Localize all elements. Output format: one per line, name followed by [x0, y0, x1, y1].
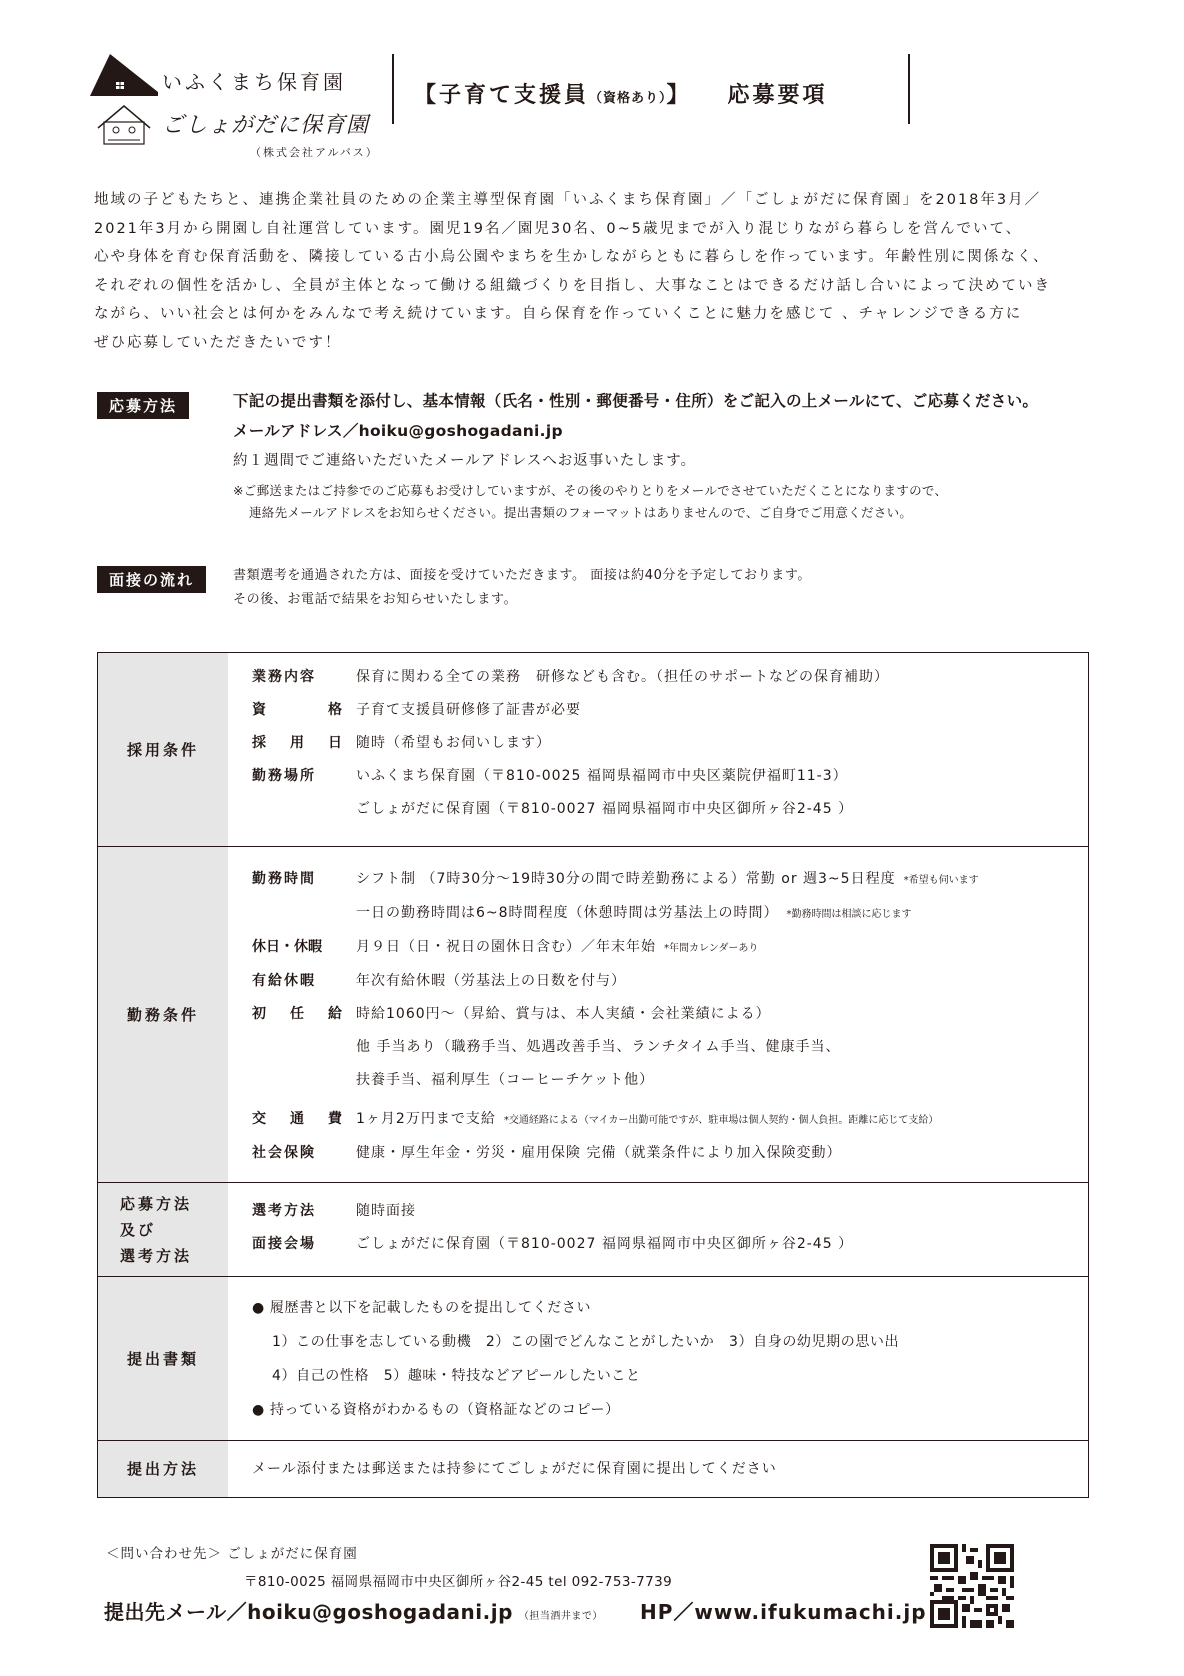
row-header: 勤務条件	[98, 847, 228, 1182]
row-header: 提出方法	[98, 1441, 228, 1497]
house-roof-icon	[88, 52, 160, 98]
reply-note: 約１週間でご連絡いただいたメールアドレスへお返事いたします。	[233, 446, 1113, 476]
submission-email: 提出先メール／hoiku@goshogadani.jp（担当酒井まで）	[104, 1596, 603, 1625]
logo-name-goshogadani: ごしょがだに保育園	[162, 108, 369, 139]
contact-footer: ＜問い合わせ先＞ ごしょがだに保育園 〒810-0025 福岡県福岡市中央区御所…	[100, 1536, 1040, 1646]
table-row-selection: 応募方法 及び 選考方法 選考方法随時面接 面接会場ごしょがだに保育園（〒810…	[98, 1183, 1088, 1277]
table-row-submission: 提出方法 メール添付または郵送または持参にてごしょがだに保育園に提出してください	[98, 1441, 1088, 1497]
row-header: 提出書類	[98, 1277, 228, 1440]
row-header: 採用条件	[98, 653, 228, 846]
homepage-link[interactable]: HP／www.ifukumachi.jp	[640, 1596, 927, 1625]
postal-note: ※ご郵送またはご持参でのご応募もお受けしていますが、その後のやりとりをメールでさ…	[233, 480, 1113, 524]
section-tag-application: 応募方法	[97, 392, 189, 419]
conditions-table: 採用条件 業務内容保育に関わる全ての業務 研修なども含む。（担任のサポートなどの…	[97, 652, 1089, 1498]
contact-address: 〒810-0025 福岡県福岡市中央区御所ヶ谷2-45 tel 092-753-…	[244, 1570, 672, 1590]
contact-label: ＜問い合わせ先＞ ごしょがだに保育園	[106, 1542, 358, 1562]
divider	[392, 54, 394, 124]
application-instruction: 下記の提出書類を添付し、基本情報（氏名・性別・郵便番号・住所）をご記入の上メール…	[233, 386, 1113, 416]
table-row-documents: 提出書類 ● 履歴書と以下を記載したものを提出してください 1）この仕事を志して…	[98, 1277, 1088, 1441]
table-row-hiring: 採用条件 業務内容保育に関わる全ての業務 研修なども含む。（担任のサポートなどの…	[98, 653, 1088, 847]
company-name: （株式会社アルバス）	[250, 144, 378, 160]
document-header: いふくまち保育園 ごしょがだに保育園 （株式会社アルバス） 【子育て支援員（資格…	[88, 48, 1088, 168]
logo: いふくまち保育園 ごしょがだに保育園 （株式会社アルバス）	[88, 48, 378, 160]
logo-name-ifukumachi: いふくまち保育園	[162, 66, 346, 95]
section-tag-interview: 面接の流れ	[97, 566, 206, 593]
house-outline-icon	[96, 104, 152, 146]
application-email: メールアドレス／hoiku@goshogadani.jp	[233, 416, 1113, 446]
intro-paragraph: 地域の子どもたちと、連携企業社員のための企業主導型保育園「いふくまち保育園」／「…	[94, 186, 1104, 357]
qr-code-icon[interactable]	[930, 1544, 1014, 1628]
divider	[908, 54, 910, 124]
row-header: 応募方法 及び 選考方法	[98, 1183, 228, 1276]
table-row-work: 勤務条件 勤務時間シフト制 （7時30分〜19時30分の間で時差勤務による）常勤…	[98, 847, 1088, 1183]
page-title: 【子育て支援員（資格あり）】応募要項	[414, 78, 828, 109]
